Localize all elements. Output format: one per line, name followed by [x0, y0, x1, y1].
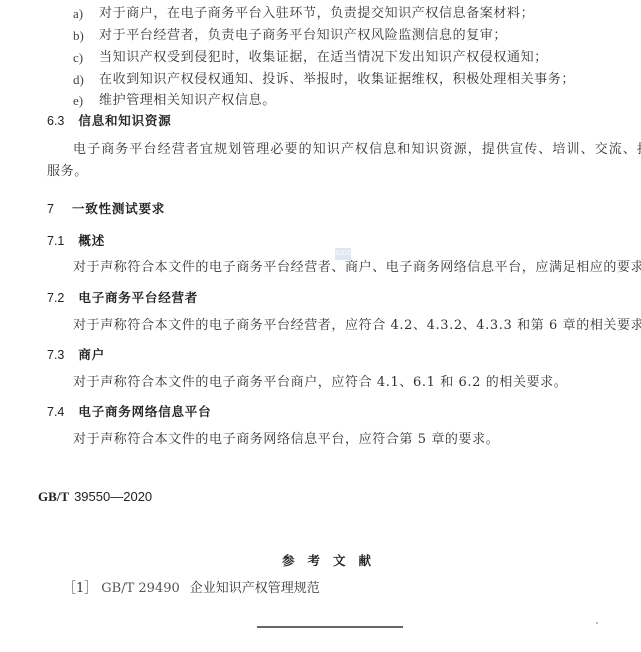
- standard-number: 39550—2020: [74, 489, 152, 504]
- paragraph-6-3-line1: 电子商务平台经营者宜规划管理必要的知识产权信息和知识资源，提供宣传、培训、交流、…: [73, 142, 641, 158]
- chapter-title: 一致性测试要求: [72, 201, 165, 216]
- section-title: 电子商务平台经营者: [78, 290, 198, 305]
- list-label-c: c): [73, 50, 83, 66]
- list-item-b: 对于平台经营者，负责电子商务平台知识产权风险监测信息的复审；: [99, 28, 507, 44]
- paragraph-7-2: 对于声称符合本文件的电子商务平台经营者，应符合 4.2、4.3.2、4.3.3 …: [73, 318, 641, 334]
- standard-id: GB/T39550—2020: [38, 489, 152, 506]
- paragraph-7-3: 对于声称符合本文件的电子商务平台商户，应符合 4.1、6.1 和 6.2 的相关…: [73, 375, 567, 391]
- section-number: 7.4: [47, 404, 64, 420]
- bibliography-item: ［1］GB/T 29490企业知识产权管理规范: [63, 581, 330, 597]
- section-number: 7.3: [47, 347, 64, 363]
- section-title: 商户: [78, 347, 105, 362]
- chapter-heading-7: 7一致性测试要求: [47, 201, 165, 217]
- paragraph-6-3-line2: 服务。: [47, 164, 88, 180]
- reference-index: ［1］: [63, 581, 97, 596]
- reference-code: GB/T 29490: [101, 581, 179, 596]
- paragraph-7-1: 对于声称符合本文件的电子商务平台经营者、商户、电子商务网络信息平台，应满足相应的…: [73, 260, 641, 276]
- chapter-number: 7: [47, 201, 54, 217]
- section-heading-7-3: 7.3商户: [47, 347, 105, 363]
- watermark-logo: SZDC: [335, 248, 351, 260]
- section-title: 概述: [78, 233, 105, 248]
- bibliography-title: 参考文献: [282, 551, 384, 569]
- list-label-b: b): [73, 28, 84, 44]
- list-label-d: d): [73, 72, 84, 88]
- list-item-d: 在收到知识产权侵权通知、投诉、举报时，收集证据维权，积极处理相关事务；: [99, 72, 575, 88]
- standard-prefix: GB/T: [38, 489, 69, 504]
- section-heading-7-2: 7.2电子商务平台经营者: [47, 290, 198, 306]
- section-number: 6.3: [47, 113, 64, 129]
- reference-title: 企业知识产权管理规范: [190, 581, 320, 596]
- list-item-a: 对于商户，在电子商务平台入驻环节，负责提交知识产权信息备案材料；: [99, 6, 534, 22]
- section-heading-7-1: 7.1概述: [47, 233, 105, 249]
- section-number: 7.2: [47, 290, 64, 306]
- list-label-a: a): [73, 6, 83, 22]
- list-item-c: 当知识产权受到侵犯时，收集证据，在适当情况下发出知识产权侵权通知；: [99, 50, 548, 66]
- end-rule-divider: [257, 626, 403, 628]
- section-title: 电子商务网络信息平台: [78, 404, 211, 419]
- scan-speck: [596, 622, 598, 624]
- section-title: 信息和知识资源: [78, 113, 171, 128]
- list-label-e: e): [73, 93, 83, 109]
- section-heading-6-3: 6.3信息和知识资源: [47, 113, 172, 129]
- list-item-e: 维护管理相关知识产权信息。: [99, 93, 276, 109]
- section-heading-7-4: 7.4电子商务网络信息平台: [47, 404, 211, 420]
- paragraph-7-4: 对于声称符合本文件的电子商务网络信息平台，应符合第 5 章的要求。: [73, 432, 499, 448]
- section-number: 7.1: [47, 233, 64, 249]
